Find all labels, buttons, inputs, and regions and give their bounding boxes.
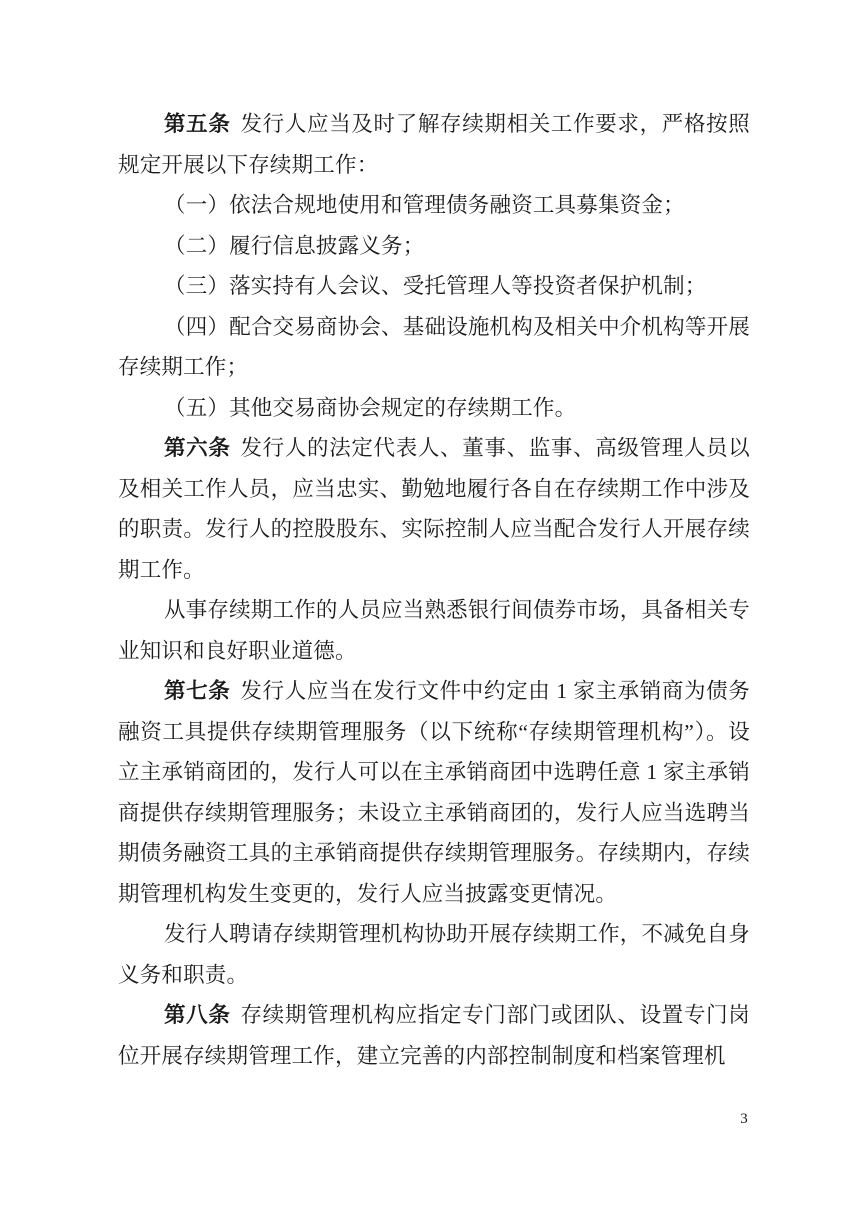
paragraph-text: 发行人聘请存续期管理机构协助开展存续期工作，不减免自身义务和职责。 <box>118 922 750 987</box>
paragraph-article-5: 第五条发行人应当及时了解存续期相关工作要求，严格按照规定开展以下存续期工作： <box>118 104 750 185</box>
article-number-6: 第六条 <box>164 436 231 460</box>
paragraph-article-6-cont: 从事存续期工作的人员应当熟悉银行间债券市场，具备相关专业知识和良好职业道德。 <box>118 590 750 671</box>
paragraph-text: （四）配合交易商协会、基础设施机构及相关中介机构等开展存续期工作； <box>118 315 750 380</box>
paragraph-item-4: （四）配合交易商协会、基础设施机构及相关中介机构等开展存续期工作； <box>118 307 750 388</box>
paragraph-article-7: 第七条发行人应当在发行文件中约定由 1 家主承销商为债务融资工具提供存续期管理服… <box>118 671 750 914</box>
page-number: 3 <box>733 1108 755 1130</box>
paragraph-article-7-cont: 发行人聘请存续期管理机构协助开展存续期工作，不减免自身义务和职责。 <box>118 914 750 995</box>
paragraph-item-2: （二）履行信息披露义务； <box>118 226 750 267</box>
paragraph-text: 发行人应当在发行文件中约定由 1 家主承销商为债务融资工具提供存续期管理服务（以… <box>118 679 750 906</box>
paragraph-text: 从事存续期工作的人员应当熟悉银行间债券市场，具备相关专业知识和良好职业道德。 <box>118 598 750 663</box>
paragraph-text: （五）其他交易商协会规定的存续期工作。 <box>164 396 576 420</box>
article-number-7: 第七条 <box>164 679 230 703</box>
paragraph-text: （一）依法合规地使用和管理债务融资工具募集资金； <box>164 193 685 217</box>
paragraph-item-3: （三）落实持有人会议、受托管理人等投资者保护机制； <box>118 266 750 307</box>
paragraph-article-6: 第六条发行人的法定代表人、董事、监事、高级管理人员以及相关工作人员，应当忠实、勤… <box>118 428 750 590</box>
paragraph-item-1: （一）依法合规地使用和管理债务融资工具募集资金； <box>118 185 750 226</box>
article-number-5: 第五条 <box>164 112 231 136</box>
paragraph-text: （二）履行信息披露义务； <box>164 234 424 258</box>
paragraph-item-5: （五）其他交易商协会规定的存续期工作。 <box>118 388 750 429</box>
document-body: 第五条发行人应当及时了解存续期相关工作要求，严格按照规定开展以下存续期工作： （… <box>118 104 750 1076</box>
article-number-8: 第八条 <box>164 1003 231 1027</box>
document-page: 第五条发行人应当及时了解存续期相关工作要求，严格按照规定开展以下存续期工作： （… <box>0 0 860 1216</box>
paragraph-text: （三）落实持有人会议、受托管理人等投资者保护机制； <box>164 274 707 298</box>
paragraph-article-8: 第八条存续期管理机构应指定专门部门或团队、设置专门岗位开展存续期管理工作，建立完… <box>118 995 750 1076</box>
